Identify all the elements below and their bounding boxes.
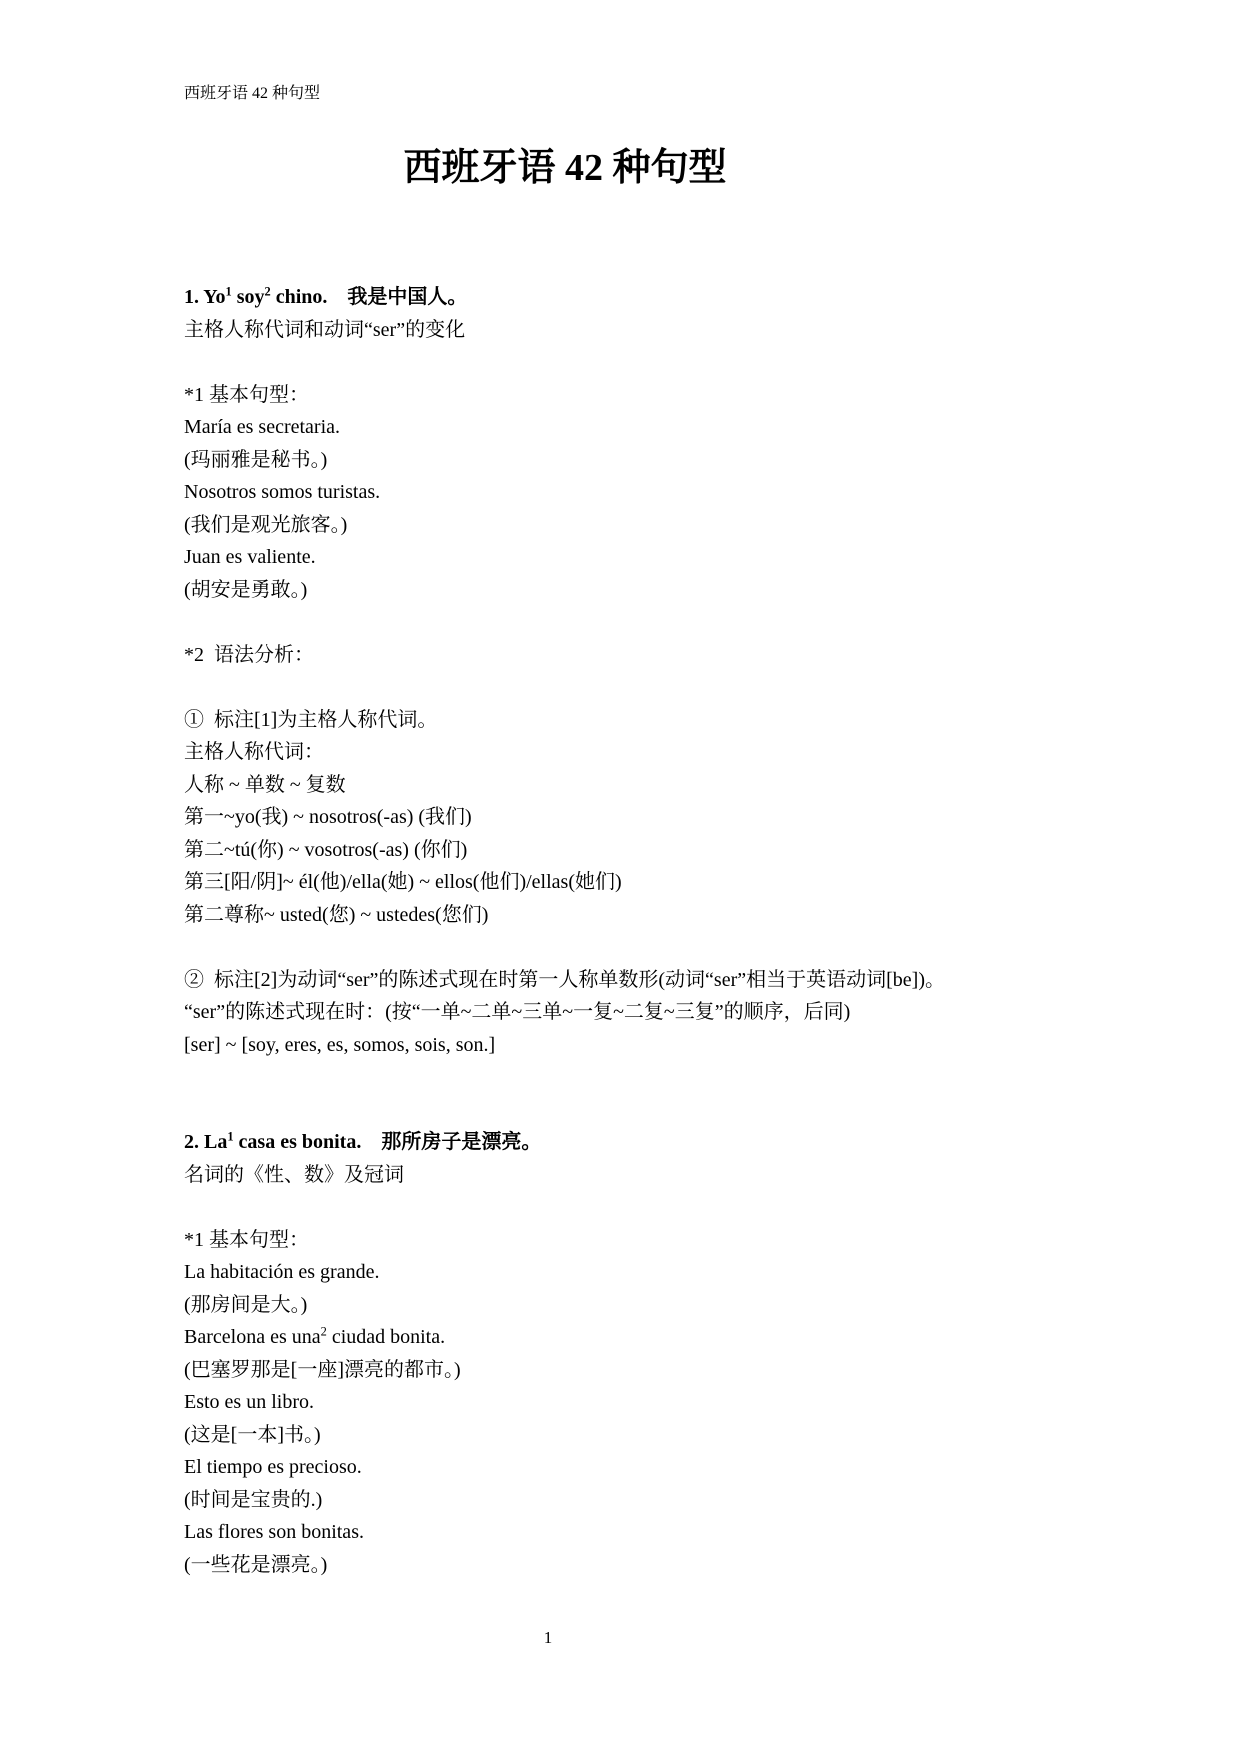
text-line: 人称 ~ 单数 ~ 复数 bbox=[184, 769, 1184, 802]
blank-line bbox=[184, 1191, 1184, 1224]
text-line: ① 标注[1]为主格人称代词。 bbox=[184, 704, 1184, 737]
text-segment: Nosotros somos turistas. bbox=[184, 481, 380, 503]
page-number: 1 bbox=[0, 1626, 1096, 1650]
text-segment: Esto es un libro. bbox=[184, 1391, 314, 1413]
text-segment: soy bbox=[232, 286, 265, 308]
text-line: 第三[阳/阴]~ él(他)/ella(她) ~ ellos(他们)/ellas… bbox=[184, 866, 1184, 899]
text-segment: 第一~yo(我) ~ nosotros(-as) (我们) bbox=[184, 806, 472, 828]
section-heading: 1. Yo1 soy2 chino. 我是中国人。 bbox=[184, 281, 1184, 314]
text-line: 第一~yo(我) ~ nosotros(-as) (我们) bbox=[184, 801, 1184, 834]
section-heading: 2. La1 casa es bonita. 那所房子是漂亮。 bbox=[184, 1126, 1184, 1159]
text-line: La habitación es grande. bbox=[184, 1256, 1184, 1289]
blank-line bbox=[184, 931, 1184, 964]
text-line: 名词的《性、数》及冠词 bbox=[184, 1159, 1184, 1192]
text-line: 第二尊称~ usted(您) ~ ustedes(您们) bbox=[184, 899, 1184, 932]
text-line: María es secretaria. bbox=[184, 411, 1184, 444]
text-segment: 第二~tú(你) ~ vosotros(-as) (你们) bbox=[184, 839, 467, 861]
text-line: [ser] ~ [soy, eres, es, somos, sois, son… bbox=[184, 1029, 1184, 1062]
text-line: *2 语法分析： bbox=[184, 639, 1184, 672]
text-line: 主格人称代词和动词“ser”的变化 bbox=[184, 314, 1184, 347]
text-line: (那房间是大。) bbox=[184, 1289, 1184, 1322]
text-segment: María es secretaria. bbox=[184, 416, 340, 438]
text-segment: ② 标注[2]为动词“ser”的陈述式现在时第一人称单数形(动词“ser”相当于… bbox=[184, 969, 945, 991]
text-segment: 第三[阳/阴]~ él(他)/ella(她) ~ ellos(他们)/ellas… bbox=[184, 871, 622, 893]
text-segment: 2. La bbox=[184, 1131, 227, 1153]
text-line: (我们是观光旅客。) bbox=[184, 509, 1184, 542]
document-page: 西班牙语 42 种句型 西班牙语 42 种句型 1. Yo1 soy2 chin… bbox=[0, 0, 1240, 1754]
text-segment: [ser] ~ [soy, eres, es, somos, sois, son… bbox=[184, 1034, 495, 1056]
text-segment: *2 语法分析： bbox=[184, 644, 314, 666]
text-segment: ① 标注[1]为主格人称代词。 bbox=[184, 709, 437, 731]
text-segment: *1 基本句型： bbox=[184, 384, 309, 406]
text-segment: 主格人称代词： bbox=[184, 741, 324, 763]
text-line: “ser”的陈述式现在时：(按“一单~二单~三单~一复~二复~三复”的顺序，后同… bbox=[184, 996, 1184, 1029]
blank-line bbox=[184, 1094, 1184, 1127]
text-segment: 名词的《性、数》及冠词 bbox=[184, 1164, 404, 1186]
text-line: (胡安是勇敢。) bbox=[184, 574, 1184, 607]
text-segment: casa es bonita. 那所房子是漂亮。 bbox=[234, 1131, 542, 1153]
text-segment: (这是[一本]书。) bbox=[184, 1424, 321, 1446]
blank-line bbox=[184, 671, 1184, 704]
text-segment: La habitación es grande. bbox=[184, 1261, 379, 1283]
text-line: Esto es un libro. bbox=[184, 1386, 1184, 1419]
text-segment: (胡安是勇敢。) bbox=[184, 579, 307, 601]
text-segment: Juan es valiente. bbox=[184, 546, 316, 568]
text-line: ② 标注[2]为动词“ser”的陈述式现在时第一人称单数形(动词“ser”相当于… bbox=[184, 964, 1184, 997]
blank-line bbox=[184, 346, 1184, 379]
text-segment: chino. 我是中国人。 bbox=[271, 286, 468, 308]
text-line: Juan es valiente. bbox=[184, 541, 1184, 574]
text-line: (时间是宝贵的.) bbox=[184, 1484, 1184, 1517]
text-segment: (玛丽雅是秘书。) bbox=[184, 449, 327, 471]
text-segment: El tiempo es precioso. bbox=[184, 1456, 362, 1478]
text-line: El tiempo es precioso. bbox=[184, 1451, 1184, 1484]
text-segment: “ser”的陈述式现在时：(按“一单~二单~三单~一复~二复~三复”的顺序，后同… bbox=[184, 1001, 850, 1023]
document-body: 1. Yo1 soy2 chino. 我是中国人。主格人称代词和动词“ser”的… bbox=[184, 281, 1184, 1581]
text-segment: 人称 ~ 单数 ~ 复数 bbox=[184, 774, 346, 796]
text-line: *1 基本句型： bbox=[184, 1224, 1184, 1257]
text-line: Barcelona es una2 ciudad bonita. bbox=[184, 1321, 1184, 1354]
text-segment: (一些花是漂亮。) bbox=[184, 1554, 327, 1576]
text-line: (这是[一本]书。) bbox=[184, 1419, 1184, 1452]
text-segment: 1. Yo bbox=[184, 286, 225, 308]
text-segment: (巴塞罗那是[一座]漂亮的都市。) bbox=[184, 1359, 461, 1381]
text-segment: (我们是观光旅客。) bbox=[184, 514, 347, 536]
text-segment: Barcelona es una bbox=[184, 1326, 321, 1348]
text-line: (巴塞罗那是[一座]漂亮的都市。) bbox=[184, 1354, 1184, 1387]
text-line: Nosotros somos turistas. bbox=[184, 476, 1184, 509]
text-segment: 主格人称代词和动词“ser”的变化 bbox=[184, 319, 465, 341]
text-line: 主格人称代词： bbox=[184, 736, 1184, 769]
document-title: 西班牙语 42 种句型 bbox=[0, 144, 1130, 192]
blank-line bbox=[184, 1061, 1184, 1094]
page-header: 西班牙语 42 种句型 bbox=[184, 84, 320, 104]
text-segment: (那房间是大。) bbox=[184, 1294, 307, 1316]
text-segment: ciudad bonita. bbox=[327, 1326, 445, 1348]
blank-line bbox=[184, 606, 1184, 639]
text-line: *1 基本句型： bbox=[184, 379, 1184, 412]
text-line: (玛丽雅是秘书。) bbox=[184, 444, 1184, 477]
text-segment: *1 基本句型： bbox=[184, 1229, 309, 1251]
text-segment: 第二尊称~ usted(您) ~ ustedes(您们) bbox=[184, 904, 488, 926]
text-line: Las flores son bonitas. bbox=[184, 1516, 1184, 1549]
text-segment: (时间是宝贵的.) bbox=[184, 1489, 322, 1511]
text-segment: Las flores son bonitas. bbox=[184, 1521, 364, 1543]
text-line: 第二~tú(你) ~ vosotros(-as) (你们) bbox=[184, 834, 1184, 867]
text-line: (一些花是漂亮。) bbox=[184, 1549, 1184, 1582]
